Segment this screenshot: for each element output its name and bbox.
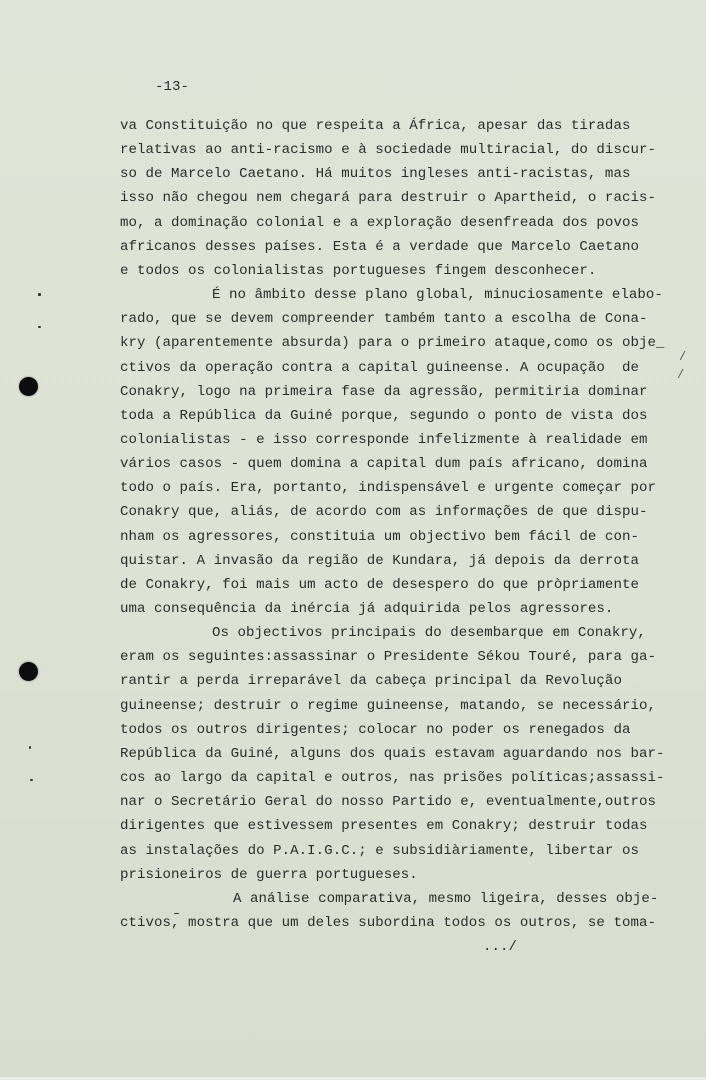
text-line: .../	[483, 940, 517, 954]
text-line: toda a República da Guiné porque, segund…	[120, 409, 647, 423]
text-line: mo, a dominação colonial e a exploração …	[120, 216, 639, 230]
text-line: cos ao largo da capital e outros, nas pr…	[120, 771, 665, 785]
text-line: prisioneiros de guerra portugueses.	[120, 868, 418, 882]
page-number: -13-	[155, 80, 189, 94]
text-line: todo o país. Era, portanto, indispensáve…	[120, 481, 656, 495]
scan-speck	[38, 293, 41, 296]
text-line: rado, que se devem compreender também ta…	[120, 312, 647, 326]
margin-slash-mark: /	[679, 351, 686, 363]
text-line: kry (aparentemente absurda) para o prime…	[120, 336, 665, 350]
text-line: colonialistas - e isso corresponde infel…	[120, 433, 647, 447]
text-line: isso não chegou nem chegará para destrui…	[120, 191, 656, 205]
text-line: quistar. A invasão da região de Kundara,…	[120, 554, 639, 568]
text-line: Os objectivos principais do desembarque …	[212, 626, 646, 640]
text-line: africanos desses países. Esta é a verdad…	[120, 240, 639, 254]
scan-speck	[38, 326, 41, 328]
text-line: as instalações do P.A.I.G.C.; e subsidià…	[120, 844, 639, 858]
text-line: de Conakry, foi mais um acto de desesper…	[120, 578, 639, 592]
text-line: nham os agressores, constituia um object…	[120, 530, 639, 544]
text-line: eram os seguintes:assassinar o President…	[120, 650, 656, 664]
text-line: É no âmbito desse plano global, minucios…	[212, 288, 663, 302]
text-line: República da Guiné, alguns dos quais est…	[120, 747, 665, 761]
text-line: todos os outros dirigentes; colocar no p…	[120, 723, 630, 737]
margin-slash-mark: /	[677, 369, 684, 381]
scan-speck	[29, 746, 31, 749]
punch-hole-top	[19, 377, 38, 396]
punch-hole-bottom	[19, 662, 38, 681]
scan-speck	[174, 913, 179, 914]
document-page: -13- va Constituição no que respeita a Á…	[0, 0, 706, 1080]
text-line: A análise comparativa, mesmo ligeira, de…	[233, 892, 658, 906]
text-line: nar o Secretário Geral do nosso Partido …	[120, 795, 656, 809]
text-line: e todos os colonialistas portugueses fin…	[120, 264, 596, 278]
text-line: guineense; destruir o regime guineense, …	[120, 699, 656, 713]
text-line: ctivos da operação contra a capital guin…	[120, 361, 639, 375]
text-line: Conakry, logo na primeira fase da agress…	[120, 385, 647, 399]
scan-speck	[30, 779, 33, 781]
text-line: so de Marcelo Caetano. Há muitos inglese…	[120, 167, 630, 181]
text-line: dirigentes que estivessem presentes em C…	[120, 819, 647, 833]
text-line: ctivos, mostra que um deles subordina to…	[120, 916, 656, 930]
text-line: uma consequência da inércia já adquirida…	[120, 602, 613, 616]
text-line: Conakry que, aliás, de acordo com as inf…	[120, 505, 647, 519]
text-line: rantir a perda irreparável da cabeça pri…	[120, 674, 622, 688]
text-line: va Constituição no que respeita a África…	[120, 119, 630, 133]
text-line: relativas ao anti-racismo e à sociedade …	[120, 143, 656, 157]
text-line: vários casos - quem domina a capital dum…	[120, 457, 647, 471]
